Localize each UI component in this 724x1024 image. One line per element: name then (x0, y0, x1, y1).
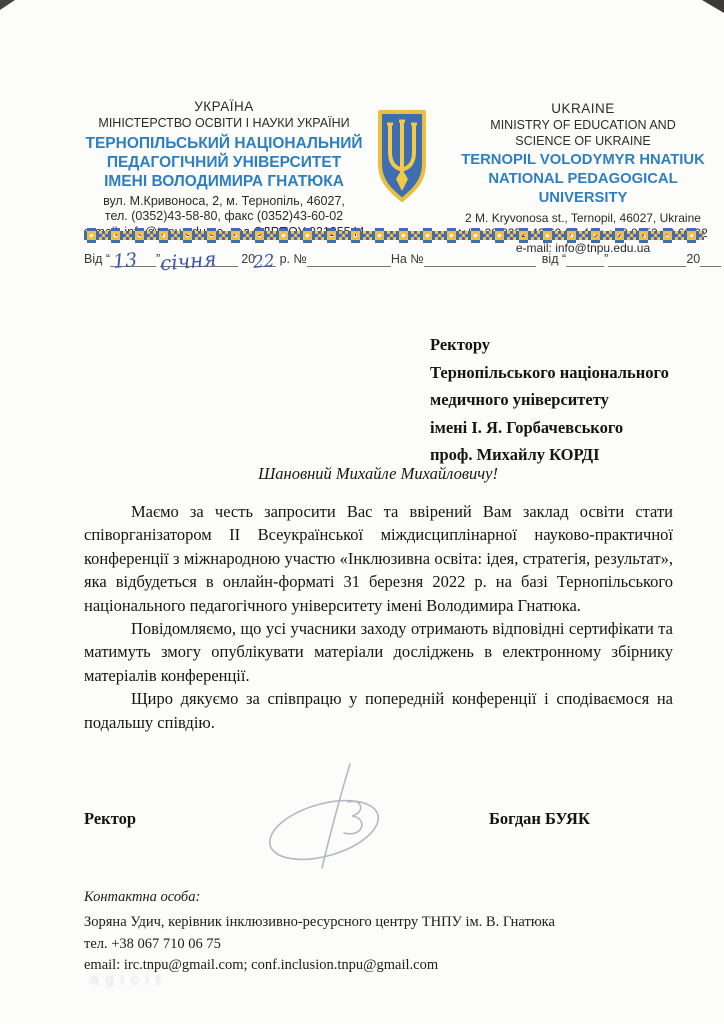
ministry-name-en-line1: MINISTRY OF EDUCATION AND (448, 118, 718, 134)
from-label: Від “ (84, 251, 110, 267)
number-label: р. № (276, 251, 307, 267)
country-name-uk: УКРАЇНА (38, 99, 410, 114)
recipient-block: Ректору Тернопільського національного ме… (430, 331, 669, 469)
handwritten-signature (262, 760, 402, 882)
day-blank: 13 (110, 251, 156, 267)
reference-line: Від “ 13 ” січня 20 22 р. № На № від “ ”… (84, 251, 706, 267)
on-from-label: від “ (542, 251, 566, 267)
outgoing-number-blank (307, 251, 391, 267)
address-uk: вул. М.Кривоноса, 2, м. Тернопіль, 46027… (38, 194, 410, 210)
incoming-number-blank (424, 251, 536, 267)
incoming-reference: На № від “ ” 20 р. (391, 251, 724, 267)
university-name-uk-line1: ТЕРНОПІЛЬСЬКИЙ НАЦІОНАЛЬНИЙ (38, 134, 410, 153)
contact-heading: Контактна особа: (84, 889, 555, 906)
paragraph-thanks: Щиро дякуємо за співпрацю у попередній к… (84, 687, 673, 734)
university-name-uk-line3: ІМЕНІ ВОЛОДИМИРА ГНАТЮКА (38, 172, 410, 191)
handwritten-year: 22 (252, 253, 275, 271)
outgoing-reference: Від “ 13 ” січня 20 22 р. № (84, 251, 391, 267)
handwritten-day: 13 (112, 252, 137, 270)
university-name-uk-line2: ПЕДАГОГІЧНИЙ УНІВЕРСИТЕТ (38, 153, 410, 172)
phone-fax-uk: тел. (0352)43-58-80, факс (0352)43-60-02 (38, 209, 410, 225)
on-number-label: На № (391, 251, 424, 267)
paragraph-invitation: Маємо за честь запросити Вас та ввірений… (84, 500, 673, 617)
ornament-border (84, 228, 704, 243)
letterhead-ukrainian: УКРАЇНА МІНІСТЕРСТВО ОСВІТИ І НАУКИ УКРА… (38, 99, 410, 240)
ink-bleed-artifact: agicit (90, 971, 167, 988)
contact-block: Контактна особа: Зоряна Удич, керівник і… (84, 889, 555, 977)
salutation: Шановний Михайле Михайловичу! (84, 464, 672, 484)
university-name-en-line2: NATIONAL PEDAGOGICAL UNIVERSITY (448, 170, 718, 208)
recipient-line: Ректору (430, 331, 669, 359)
recipient-line: імені І. Я. Горбачевського (430, 414, 669, 442)
ministry-name-uk: МІНІСТЕРСТВО ОСВІТИ І НАУКИ УКРАЇНИ (38, 116, 410, 132)
ukraine-trident-shield-icon (376, 109, 428, 205)
scan-artifact-top-right (702, 0, 724, 13)
incoming-month-blank (608, 251, 686, 267)
address-en: 2 M. Kryvonosa st., Ternopil, 46027, Ukr… (448, 211, 718, 226)
ministry-name-en-line2: SCIENCE OF UKRAINE (448, 134, 718, 150)
scan-artifact-top-left (0, 0, 15, 10)
contact-person: Зоряна Удич, керівник інклюзивно-ресурсн… (84, 912, 555, 934)
university-name-en-line1: TERNOPIL VOLODYMYR HNATIUK (448, 151, 718, 170)
paragraph-certificates: Повідомляємо, що усі учасники заходу отр… (84, 617, 673, 687)
signer-title: Ректор (84, 809, 136, 829)
incoming-year-blank (700, 251, 721, 267)
recipient-line: медичного університету (430, 386, 669, 414)
recipient-line: Тернопільського національного (430, 359, 669, 387)
on-year-prefix: 20 (686, 251, 700, 267)
month-blank: січня (160, 251, 238, 267)
contact-phone: тел. +38 067 710 06 75 (84, 934, 555, 956)
handwritten-month: січня (160, 251, 218, 272)
signer-name: Богдан БУЯК (489, 809, 590, 829)
year-blank: 22 (255, 251, 276, 267)
incoming-day-blank (566, 251, 604, 267)
country-name-en: UKRAINE (448, 101, 718, 116)
letter-body: Маємо за честь запросити Вас та ввірений… (84, 500, 673, 734)
scanned-letter-page: УКРАЇНА МІНІСТЕРСТВО ОСВІТИ І НАУКИ УКРА… (0, 0, 724, 1024)
